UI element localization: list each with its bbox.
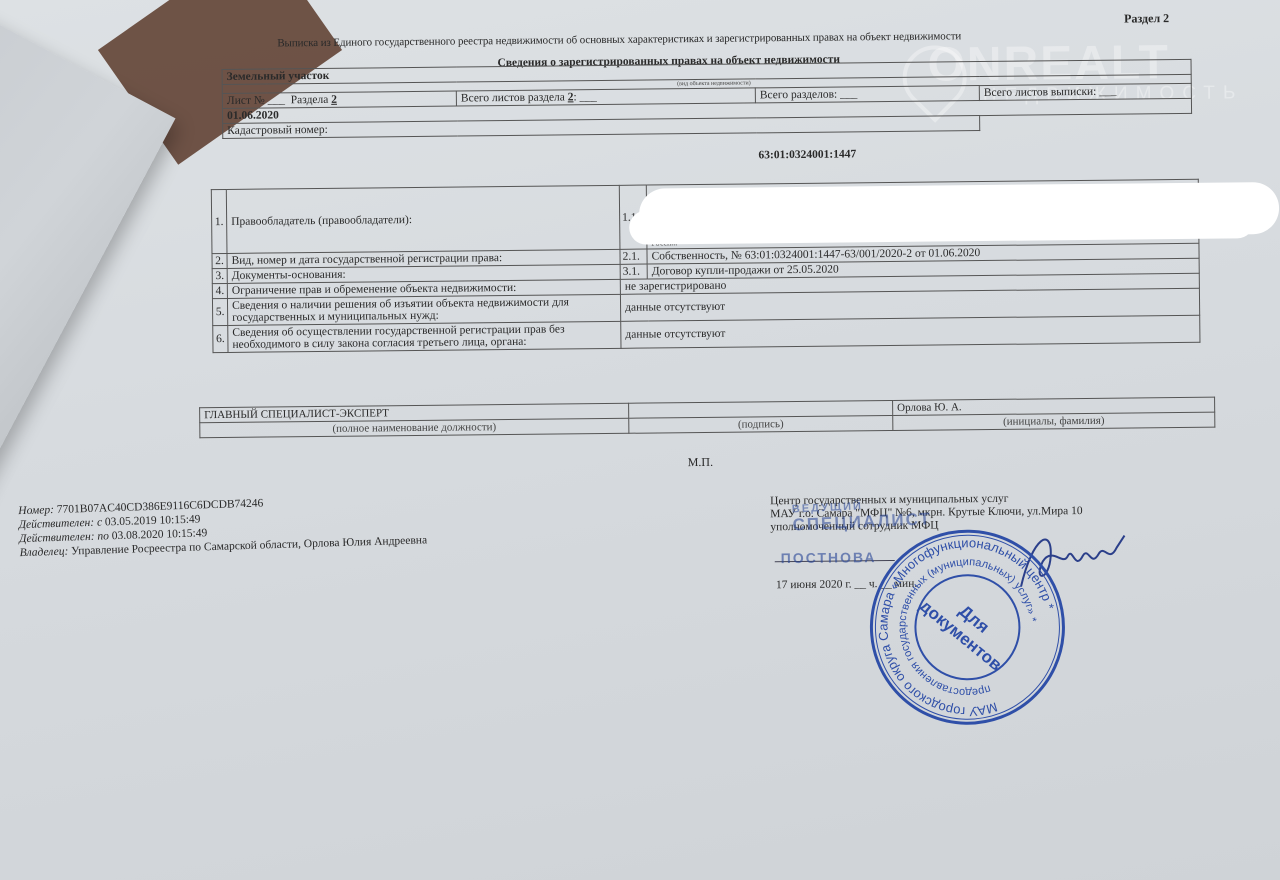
row-number: 4.	[212, 283, 227, 298]
total-sheets-extract-label: Всего листов выписки:	[984, 86, 1097, 99]
certificate-info: Номер: 7701B07AC40CD386E9116C6DCDB74246 …	[18, 491, 427, 560]
row-number: 2.	[212, 253, 227, 268]
sheet-no-label: Лист №	[227, 95, 265, 107]
signature-caption: (подпись)	[629, 415, 893, 433]
document-sheet: ONREALT НЕДВИЖИМОСТЬ Раздел 2 Выписка из…	[0, 0, 1280, 880]
round-seal-icon: МАУ городского округа Самара «Многофункц…	[866, 526, 1068, 728]
row-subnumber: 2.1.	[620, 249, 647, 264]
section-no-value: 2	[331, 94, 337, 106]
position-caption: (полное наименование должности)	[200, 418, 629, 437]
row-label: Сведения об осуществлении государственно…	[228, 321, 621, 352]
cert-owner-label: Владелец:	[19, 546, 68, 560]
total-sections-value: ___	[840, 88, 857, 100]
row-number: 6.	[213, 325, 228, 352]
document-title: Выписка из Единого государственного реес…	[277, 30, 961, 49]
sheet-no-value: ___	[268, 94, 285, 106]
name-caption: (инициалы, фамилия)	[893, 412, 1215, 430]
signatory-table: ГЛАВНЫЙ СПЕЦИАЛИСТ-ЭКСПЕРТ Орлова Ю. А. …	[199, 397, 1215, 439]
total-sections-label: Всего разделов:	[760, 89, 837, 102]
section-no-label: Раздела	[291, 94, 329, 106]
row-value: данные отсутствуют	[621, 315, 1200, 348]
redaction-mark	[629, 204, 1254, 245]
object-info-table: Земельный участок (вид объекта недвижимо…	[222, 59, 1193, 139]
row-number: 1.	[211, 189, 227, 253]
cadastral-number: 63:01:0324001:1447	[758, 148, 856, 161]
row-subnumber: 3.1.	[620, 264, 647, 279]
row-label: Сведения о наличии решения об изъятии об…	[227, 294, 620, 325]
total-sheets-extract-value: ___	[1099, 86, 1116, 98]
cert-number-label: Номер:	[18, 504, 54, 517]
row-label: Правообладатель (правообладатели):	[226, 185, 620, 253]
section-label: Раздел 2	[1124, 11, 1169, 26]
row-number: 3.	[212, 268, 227, 283]
stamp-name: ПОСТНОВА	[781, 549, 877, 566]
seal-place: М.П.	[688, 455, 713, 470]
total-sheets-section-label: Всего листов раздела	[461, 91, 565, 104]
row-number: 5.	[212, 298, 227, 325]
total-sheets-section-suffix: : ___	[573, 91, 596, 103]
